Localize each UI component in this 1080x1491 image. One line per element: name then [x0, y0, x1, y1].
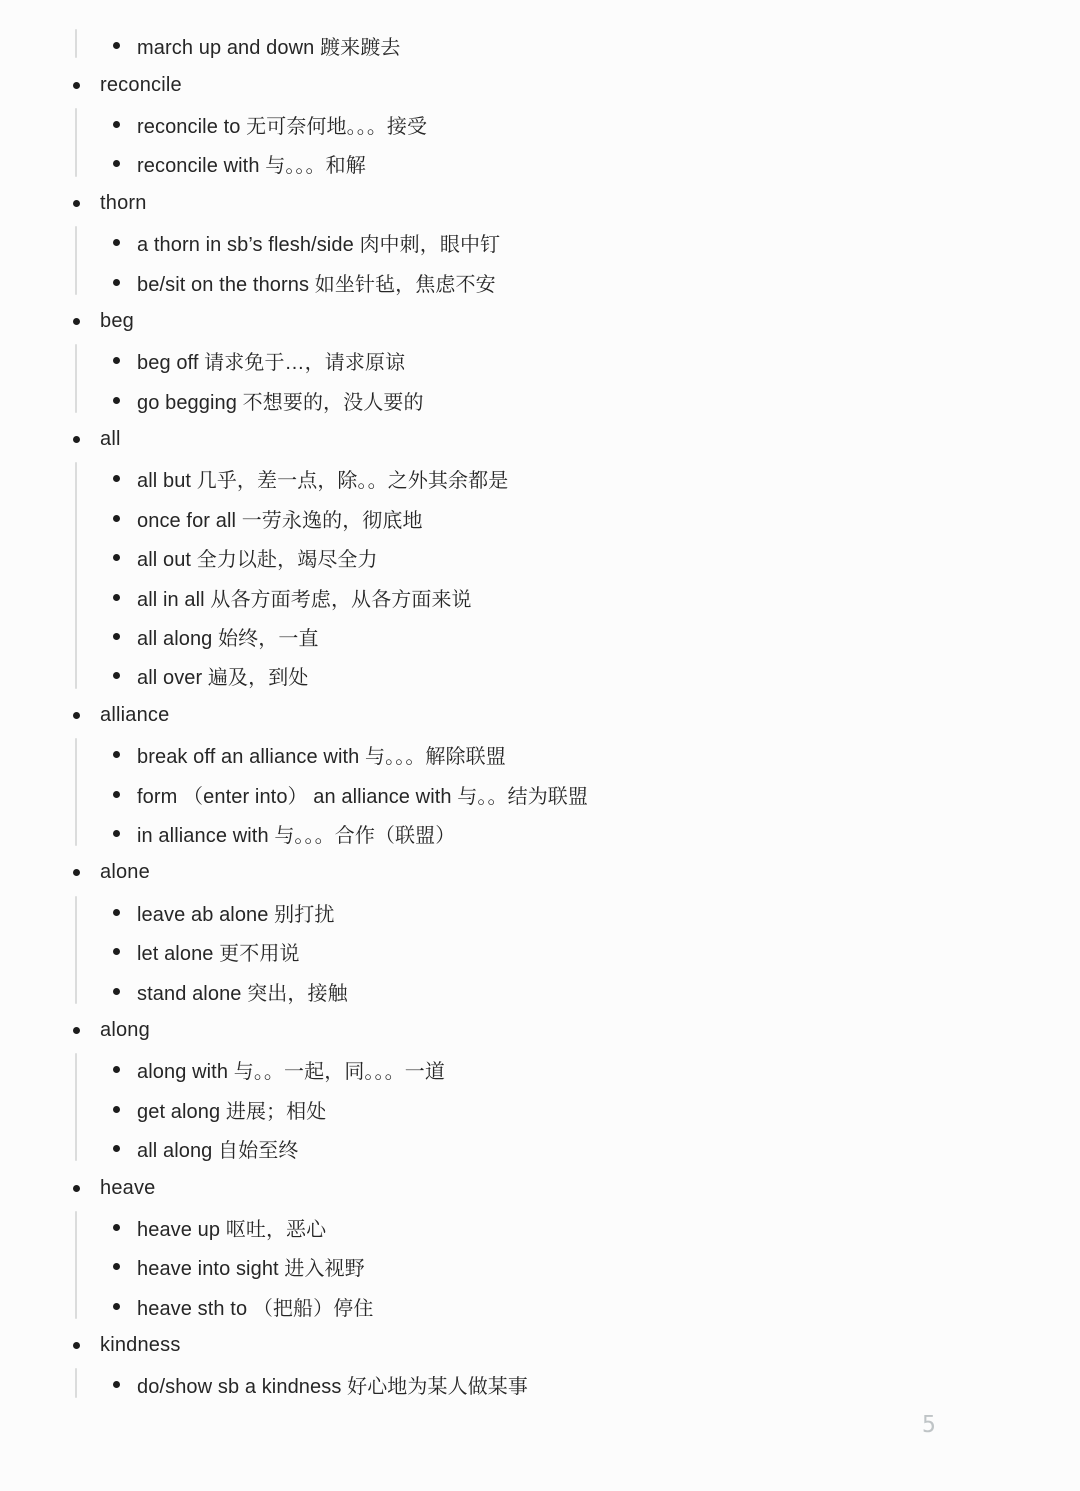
bullet-icon: [113, 515, 120, 522]
phrase-row: along with 与。。一起，同。。。一道: [0, 1050, 1080, 1089]
word-group: kindnessdo/show sb a kindness 好心地为某人做某事: [0, 1326, 1080, 1405]
phrase-row: reconcile with 与。。。和解: [0, 144, 1080, 183]
phrase-label: all in all 从各方面考虑，从各方面来说: [137, 583, 472, 612]
phrase-row: all out 全力以赴，竭尽全力: [0, 538, 1080, 577]
phrase-label: once for all 一劳永逸的，彻底地: [137, 504, 423, 533]
word-label: beg: [100, 310, 134, 333]
word-row: along: [0, 1011, 1080, 1050]
phrase-row: once for all 一劳永逸的，彻底地: [0, 499, 1080, 538]
bullet-icon: [113, 988, 120, 995]
phrase-list: along with 与。。一起，同。。。一道get along 进展；相处al…: [0, 1050, 1080, 1168]
phrase-row: break off an alliance with 与。。。解除联盟: [0, 735, 1080, 774]
phrase-label: be/sit on the thorns 如坐针毡，焦虑不安: [137, 268, 496, 297]
word-row: beg: [0, 302, 1080, 341]
phrase-list: reconcile to 无可奈何地。。。接受reconcile with 与。…: [0, 105, 1080, 184]
phrase-list: beg off 请求免于…，请求原谅go begging 不想要的，没人要的: [0, 341, 1080, 420]
word-label: thorn: [100, 192, 147, 215]
word-group: reconcilereconcile to 无可奈何地。。。接受reconcil…: [0, 65, 1080, 183]
word-label: alliance: [100, 704, 169, 727]
phrase-row: be/sit on the thorns 如坐针毡，焦虑不安: [0, 262, 1080, 301]
bullet-icon: [113, 633, 120, 640]
phrase-label: stand alone 突出，接触: [137, 977, 348, 1006]
bullet-icon: [113, 1263, 120, 1270]
phrase-row: leave ab alone 别打扰: [0, 893, 1080, 932]
phrase-label: march up and down 踱来踱去: [137, 31, 400, 60]
phrase-row: march up and down 踱来踱去: [0, 26, 1080, 65]
bullet-icon: [113, 279, 120, 286]
bullet-icon: [113, 1303, 120, 1310]
word-row: alliance: [0, 696, 1080, 735]
phrase-label: let alone 更不用说: [137, 937, 300, 966]
phrase-label: all over 遍及，到处: [137, 661, 308, 690]
phrase-row: all along 自始至终: [0, 1129, 1080, 1168]
bullet-icon: [73, 82, 80, 89]
bullet-icon: [113, 1066, 120, 1073]
bullet-icon: [113, 1145, 120, 1152]
word-row: thorn: [0, 184, 1080, 223]
word-row: alone: [0, 853, 1080, 892]
phrase-label: heave into sight 进入视野: [137, 1252, 365, 1281]
word-group: alongalong with 与。。一起，同。。。一道get along 进展…: [0, 1011, 1080, 1169]
word-label: all: [100, 428, 121, 451]
phrase-row: form （enter into） an alliance with 与。。结为…: [0, 774, 1080, 813]
bullet-icon: [73, 712, 80, 719]
watermark: 5: [922, 1414, 936, 1437]
phrase-row: get along 进展；相处: [0, 1090, 1080, 1129]
phrase-label: heave up 呕吐，恶心: [137, 1213, 326, 1242]
bullet-icon: [73, 200, 80, 207]
word-group: thorna thorn in sb’s flesh/side 肉中刺，眼中钉b…: [0, 184, 1080, 302]
word-label: reconcile: [100, 74, 182, 97]
phrase-row: all in all 从各方面考虑，从各方面来说: [0, 577, 1080, 616]
bullet-icon: [113, 830, 120, 837]
phrase-row: a thorn in sb’s flesh/side 肉中刺，眼中钉: [0, 223, 1080, 262]
phrase-row: in alliance with 与。。。合作（联盟）: [0, 814, 1080, 853]
phrase-list: heave up 呕吐，恶心heave into sight 进入视野heave…: [0, 1208, 1080, 1326]
outline-list: march up and down 踱来踱去reconcilereconcile…: [0, 0, 1080, 1405]
phrase-row: beg off 请求免于…，请求原谅: [0, 341, 1080, 380]
word-row: all: [0, 420, 1080, 459]
vocabulary-notes-page: march up and down 踱来踱去reconcilereconcile…: [0, 0, 1080, 1491]
word-group: alliancebreak off an alliance with 与。。。解…: [0, 696, 1080, 854]
phrase-label: all along 始终，一直: [137, 622, 319, 651]
word-group: heaveheave up 呕吐，恶心heave into sight 进入视野…: [0, 1168, 1080, 1326]
phrase-label: all out 全力以赴，竭尽全力: [137, 543, 378, 572]
bullet-icon: [73, 1185, 80, 1192]
word-row: reconcile: [0, 65, 1080, 104]
bullet-icon: [113, 672, 120, 679]
phrase-label: a thorn in sb’s flesh/side 肉中刺，眼中钉: [137, 228, 500, 257]
bullet-icon: [113, 42, 120, 49]
phrase-row: let alone 更不用说: [0, 932, 1080, 971]
phrase-row: all along 始终，一直: [0, 617, 1080, 656]
bullet-icon: [73, 1342, 80, 1349]
phrase-row: all over 遍及，到处: [0, 656, 1080, 695]
phrase-label: break off an alliance with 与。。。解除联盟: [137, 740, 506, 769]
bullet-icon: [113, 909, 120, 916]
bullet-icon: [113, 948, 120, 955]
word-group: allall but 几乎，差一点，除。。之外其余都是once for all …: [0, 420, 1080, 696]
phrase-row: do/show sb a kindness 好心地为某人做某事: [0, 1365, 1080, 1404]
bullet-icon: [113, 121, 120, 128]
phrase-label: do/show sb a kindness 好心地为某人做某事: [137, 1370, 528, 1399]
bullet-icon: [113, 397, 120, 404]
phrase-label: leave ab alone 别打扰: [137, 898, 334, 927]
bullet-icon: [73, 1027, 80, 1034]
bullet-icon: [113, 554, 120, 561]
bullet-icon: [113, 1381, 120, 1388]
bullet-icon: [113, 357, 120, 364]
phrase-list: do/show sb a kindness 好心地为某人做某事: [0, 1365, 1080, 1404]
bullet-icon: [113, 475, 120, 482]
phrase-label: go begging 不想要的，没人要的: [137, 386, 424, 415]
phrase-label: in alliance with 与。。。合作（联盟）: [137, 819, 455, 848]
bullet-icon: [113, 1106, 120, 1113]
phrase-list: all but 几乎，差一点，除。。之外其余都是once for all 一劳永…: [0, 459, 1080, 695]
word-group: march up and down 踱来踱去: [0, 26, 1080, 65]
phrase-label: beg off 请求免于…，请求原谅: [137, 346, 405, 375]
bullet-icon: [113, 160, 120, 167]
phrase-label: get along 进展；相处: [137, 1095, 326, 1124]
word-label: along: [100, 1019, 150, 1042]
word-group: begbeg off 请求免于…，请求原谅go begging 不想要的，没人要…: [0, 302, 1080, 420]
phrase-row: go begging 不想要的，没人要的: [0, 381, 1080, 420]
phrase-label: all along 自始至终: [137, 1134, 298, 1163]
word-group: aloneleave ab alone 别打扰let alone 更不用说sta…: [0, 853, 1080, 1011]
phrase-row: all but 几乎，差一点，除。。之外其余都是: [0, 459, 1080, 498]
phrase-row: reconcile to 无可奈何地。。。接受: [0, 105, 1080, 144]
phrase-label: along with 与。。一起，同。。。一道: [137, 1055, 445, 1084]
phrase-row: heave up 呕吐，恶心: [0, 1208, 1080, 1247]
bullet-icon: [113, 751, 120, 758]
word-label: alone: [100, 861, 150, 884]
phrase-row: heave into sight 进入视野: [0, 1247, 1080, 1286]
phrase-list: march up and down 踱来踱去: [0, 26, 1080, 65]
word-row: heave: [0, 1168, 1080, 1207]
phrase-row: stand alone 突出，接触: [0, 971, 1080, 1010]
bullet-icon: [73, 436, 80, 443]
phrase-label: heave sth to （把船）停住: [137, 1292, 373, 1321]
phrase-label: all but 几乎，差一点，除。。之外其余都是: [137, 464, 508, 493]
phrase-list: break off an alliance with 与。。。解除联盟form …: [0, 735, 1080, 853]
word-label: kindness: [100, 1334, 181, 1357]
phrase-list: leave ab alone 别打扰let alone 更不用说stand al…: [0, 893, 1080, 1011]
bullet-icon: [73, 318, 80, 325]
phrase-label: reconcile to 无可奈何地。。。接受: [137, 110, 427, 139]
bullet-icon: [113, 239, 120, 246]
word-row: kindness: [0, 1326, 1080, 1365]
word-label: heave: [100, 1177, 156, 1200]
phrase-row: heave sth to （把船）停住: [0, 1287, 1080, 1326]
phrase-label: form （enter into） an alliance with 与。。结为…: [137, 780, 588, 809]
bullet-icon: [113, 791, 120, 798]
phrase-list: a thorn in sb’s flesh/side 肉中刺，眼中钉be/sit…: [0, 223, 1080, 302]
bullet-icon: [73, 869, 80, 876]
bullet-icon: [113, 1224, 120, 1231]
bullet-icon: [113, 594, 120, 601]
phrase-label: reconcile with 与。。。和解: [137, 149, 366, 178]
